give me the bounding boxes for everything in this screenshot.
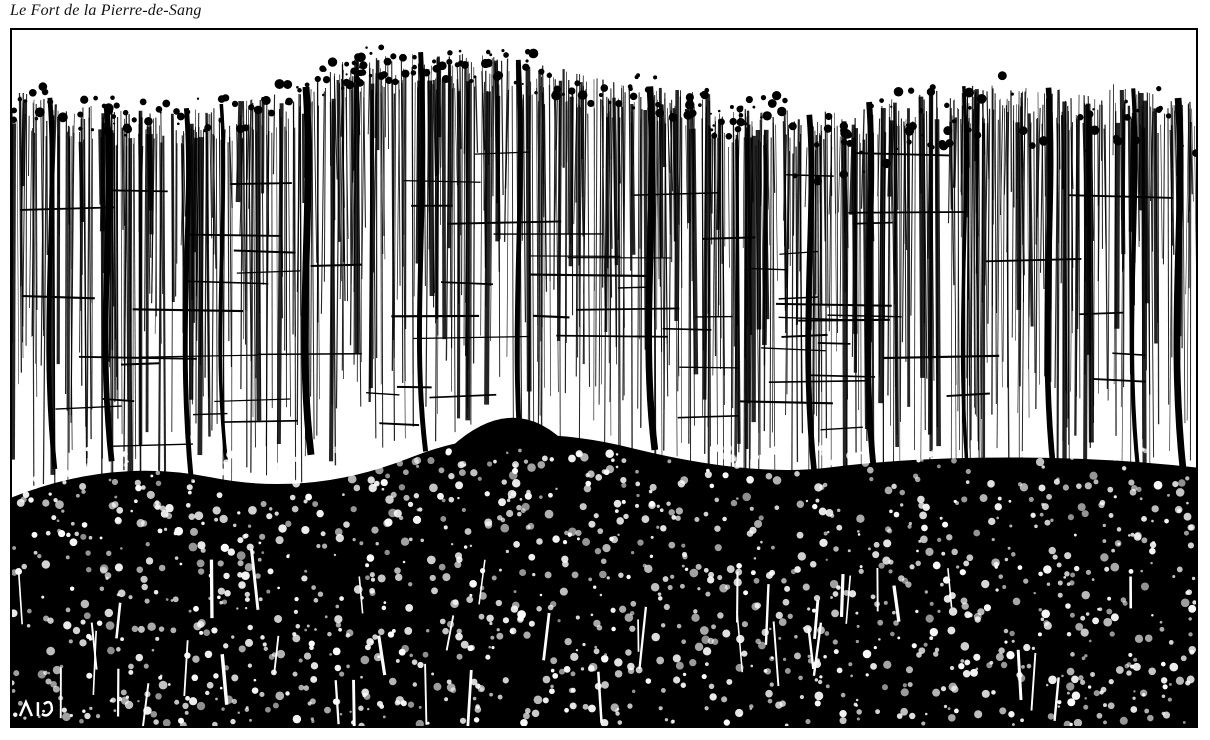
cliff-fortress-illustration <box>12 30 1196 726</box>
illustration-frame <box>10 28 1198 728</box>
forest-canopy <box>12 435 1196 726</box>
illustration-caption: Le Fort de la Pierre-de-Sang <box>10 2 202 20</box>
